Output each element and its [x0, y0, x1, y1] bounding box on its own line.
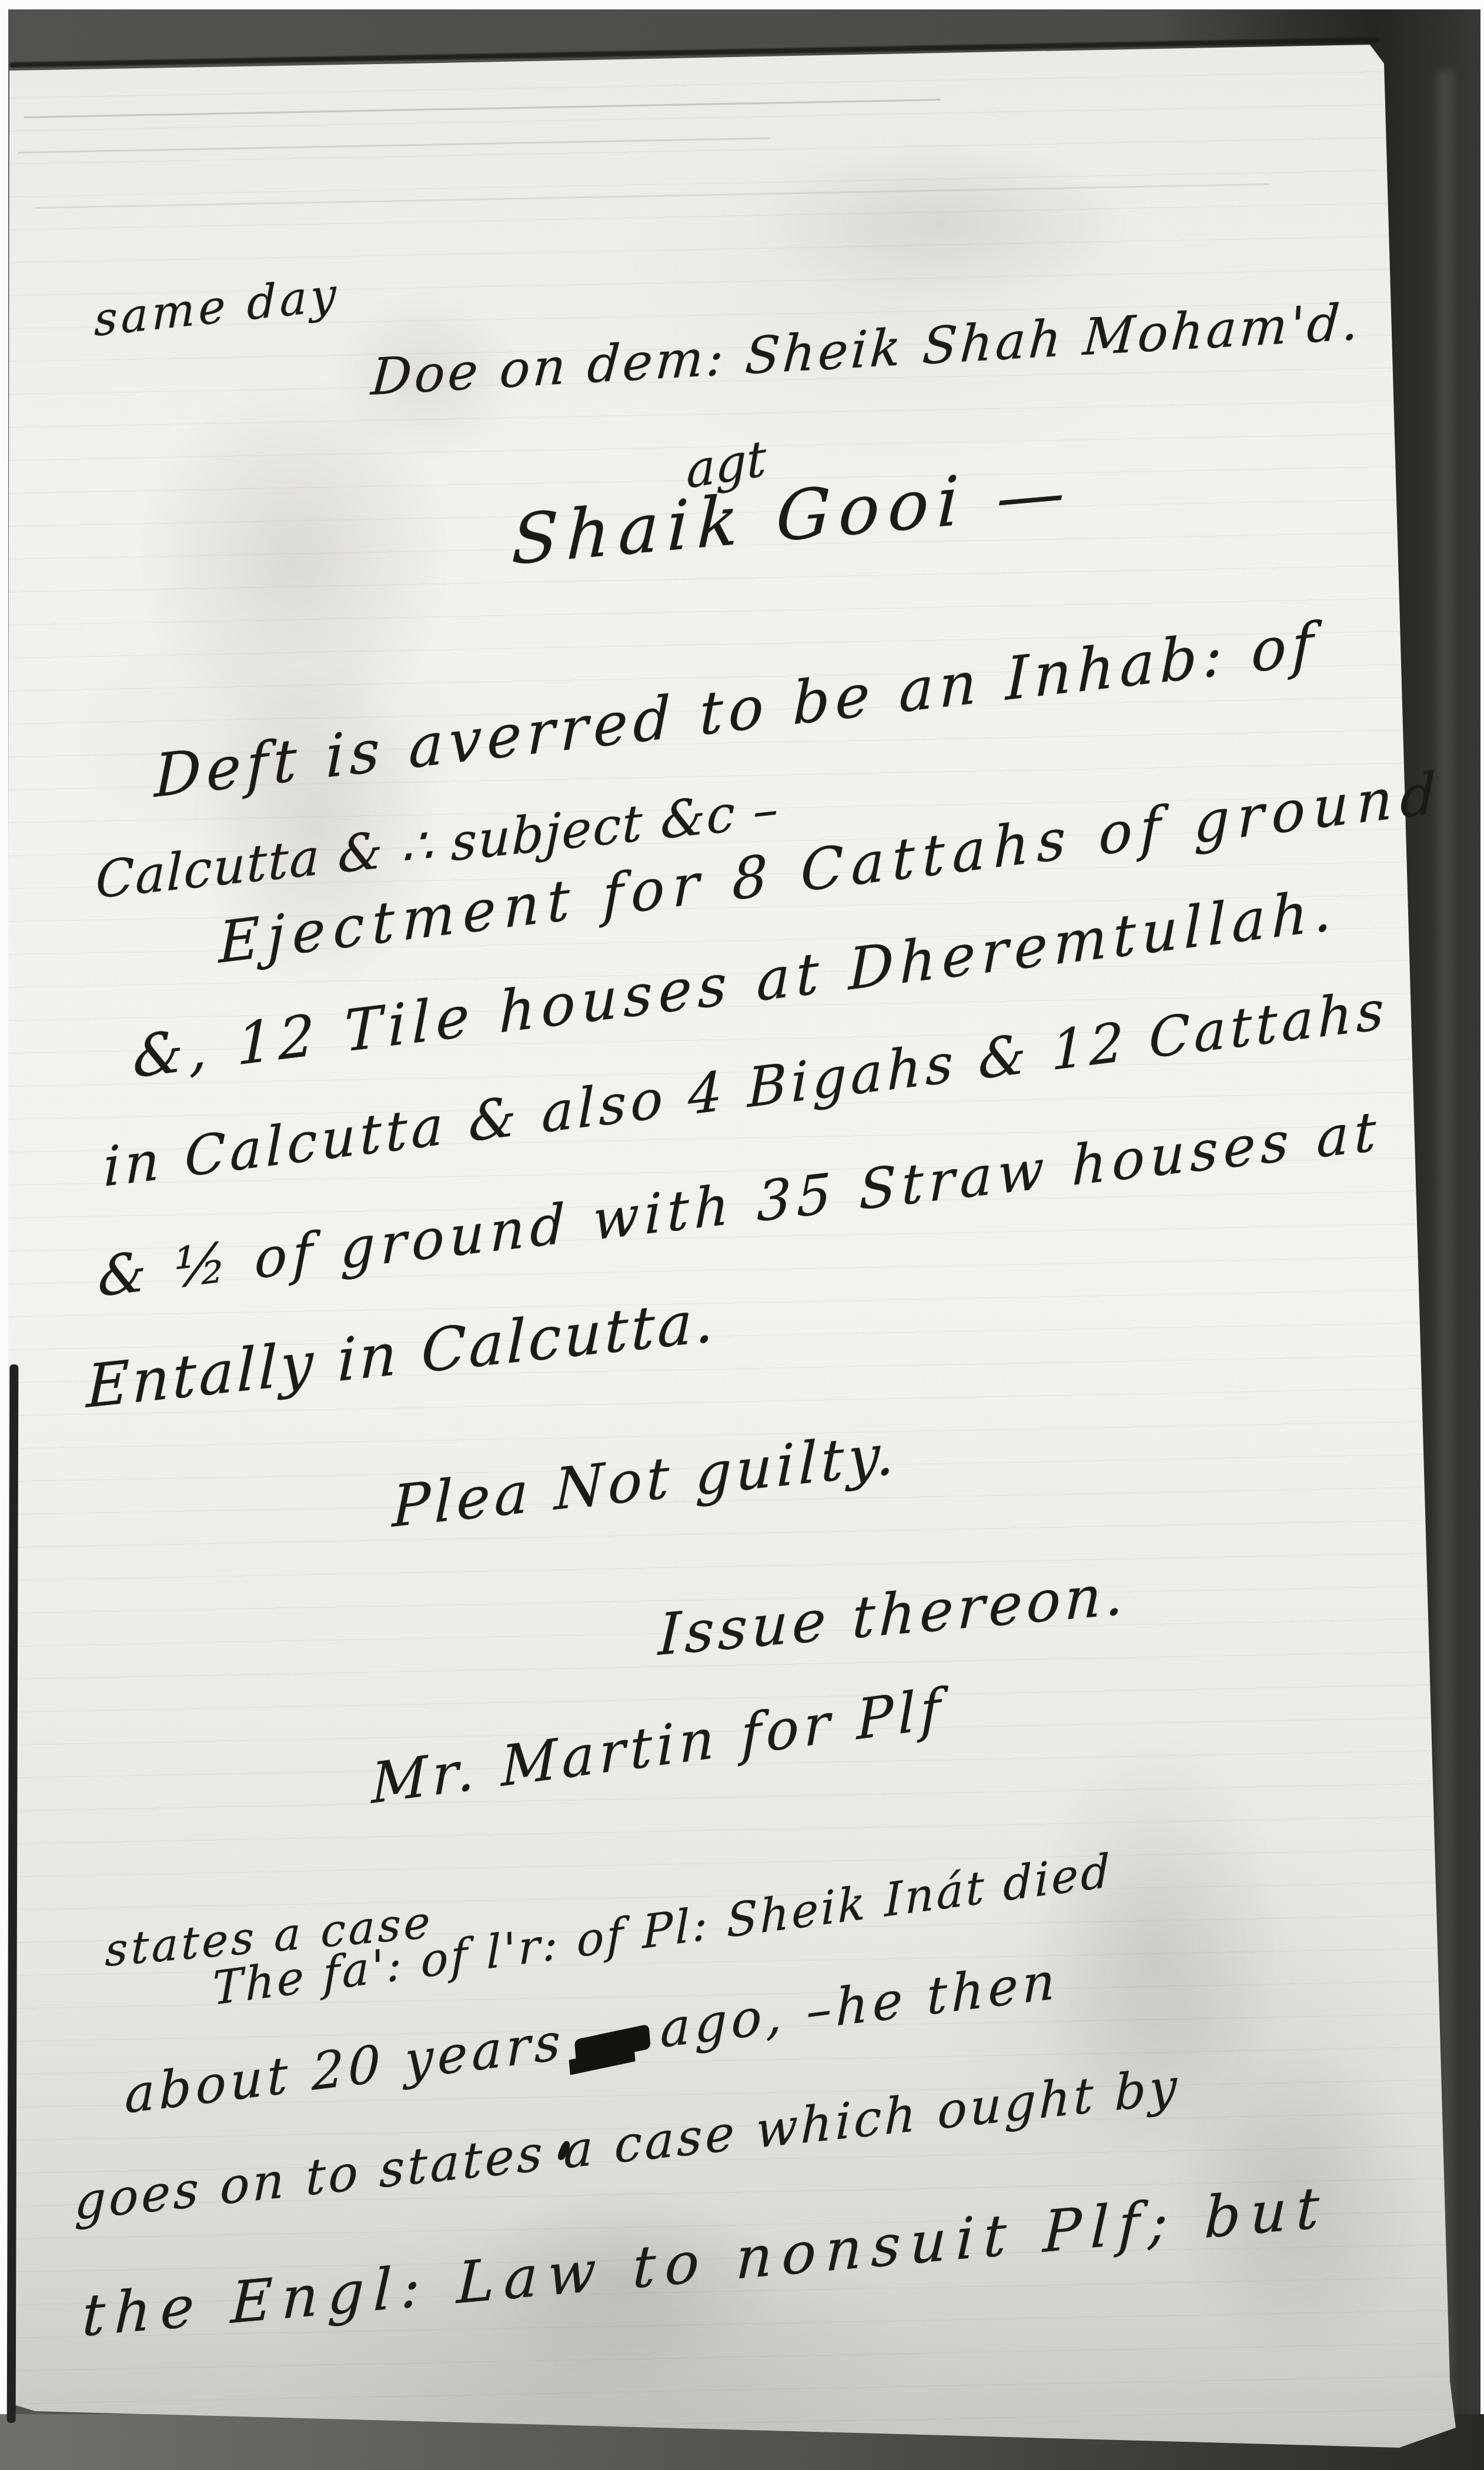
bleed-through-smudge — [753, 147, 1129, 300]
manuscript-scan: same day Doe on dem: Sheik Shah Moham'd.… — [0, 0, 1484, 2470]
ink-blot-strikeout — [574, 2024, 650, 2064]
